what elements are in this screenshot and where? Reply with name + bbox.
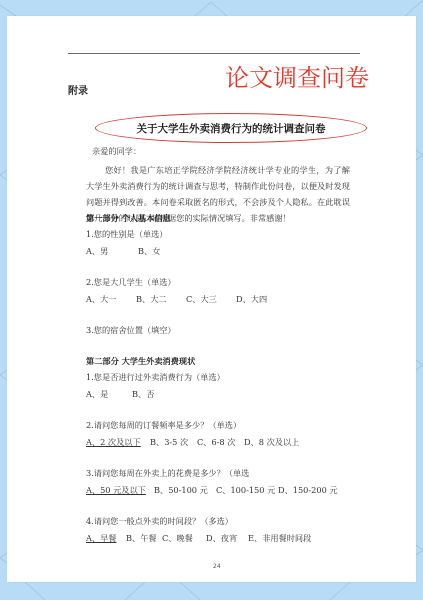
survey-title-highlight: 关于大学生外卖消费行为的统计调查问卷 bbox=[95, 113, 367, 143]
option[interactable]: B、女 bbox=[138, 246, 160, 257]
option[interactable]: A、大一 bbox=[86, 294, 136, 305]
survey-title: 关于大学生外卖消费行为的统计调查问卷 bbox=[95, 121, 367, 136]
appendix-label: 附录 bbox=[68, 82, 88, 97]
option[interactable]: A、男 bbox=[86, 246, 138, 257]
question-text: 3.您的宿舍位置（填空） bbox=[86, 325, 176, 336]
option[interactable]: B、50-100 元 bbox=[154, 485, 216, 496]
question-options: A、早餐B、午餐C、晚餐D、夜宵E、非用餐时间段 bbox=[86, 533, 311, 544]
question-text: 2.您是大几学生（单选） bbox=[86, 277, 176, 288]
page-number: 24 bbox=[213, 563, 221, 570]
option[interactable]: B、大二 bbox=[136, 294, 186, 305]
question-text: 4.请问您一般点外卖的时间段？（多选） bbox=[86, 516, 233, 527]
option[interactable]: B、午餐 bbox=[126, 533, 162, 544]
question-options: A、是B、否 bbox=[86, 389, 154, 400]
question-options: A、大一B、大二C、大三D、大四 bbox=[86, 294, 267, 305]
question-text: 3.请问您每周在外卖上的花费是多少？（单选 bbox=[86, 468, 249, 479]
option[interactable]: C、大三 bbox=[186, 294, 236, 305]
question-text: 1.您的性别是（单选） bbox=[86, 229, 168, 240]
option[interactable]: C、晚餐 bbox=[162, 533, 206, 544]
question-text: 2.请问您每周的订餐频率是多少？（单选） bbox=[86, 420, 241, 431]
option[interactable]: B、否 bbox=[132, 389, 154, 400]
option[interactable]: D、夜宵 bbox=[206, 533, 248, 544]
option[interactable]: A、是 bbox=[86, 389, 132, 400]
section-title: 第二部分 大学生外卖消费现状 bbox=[86, 356, 195, 367]
header-rule bbox=[68, 53, 360, 54]
overlay-title: 论文调查问卷 bbox=[225, 58, 369, 93]
option[interactable]: A、50 元及以下 bbox=[86, 485, 154, 496]
question-text: 1.您是否进行过外卖消费行为（单选） bbox=[86, 372, 225, 383]
option[interactable]: A、2 次及以下 bbox=[86, 437, 150, 448]
option[interactable]: C、100-150 元 bbox=[216, 485, 278, 496]
section-title: 第一部分 个人基本信息 bbox=[86, 213, 171, 224]
question-options: A、50 元及以下B、50-100 元C、100-150 元D、150-200 … bbox=[86, 485, 338, 496]
option[interactable]: D、8 次及以上 bbox=[244, 437, 299, 448]
option[interactable]: E、非用餐时间段 bbox=[248, 533, 311, 544]
document-page: 论文调查问卷 附录 关于大学生外卖消费行为的统计调查问卷 亲爱的同学： 您好！我… bbox=[7, 16, 416, 582]
option[interactable]: C、6-8 次 bbox=[197, 437, 244, 448]
question-options: A、男B、女 bbox=[86, 246, 160, 257]
question-options: A、2 次及以下B、3-5 次C、6-8 次D、8 次及以上 bbox=[86, 437, 299, 448]
salutation: 亲爱的同学： bbox=[92, 146, 141, 157]
option[interactable]: B、3-5 次 bbox=[150, 437, 197, 448]
option[interactable]: D、大四 bbox=[236, 294, 267, 305]
option[interactable]: A、早餐 bbox=[86, 533, 126, 544]
option[interactable]: D、150-200 元 bbox=[278, 485, 338, 496]
